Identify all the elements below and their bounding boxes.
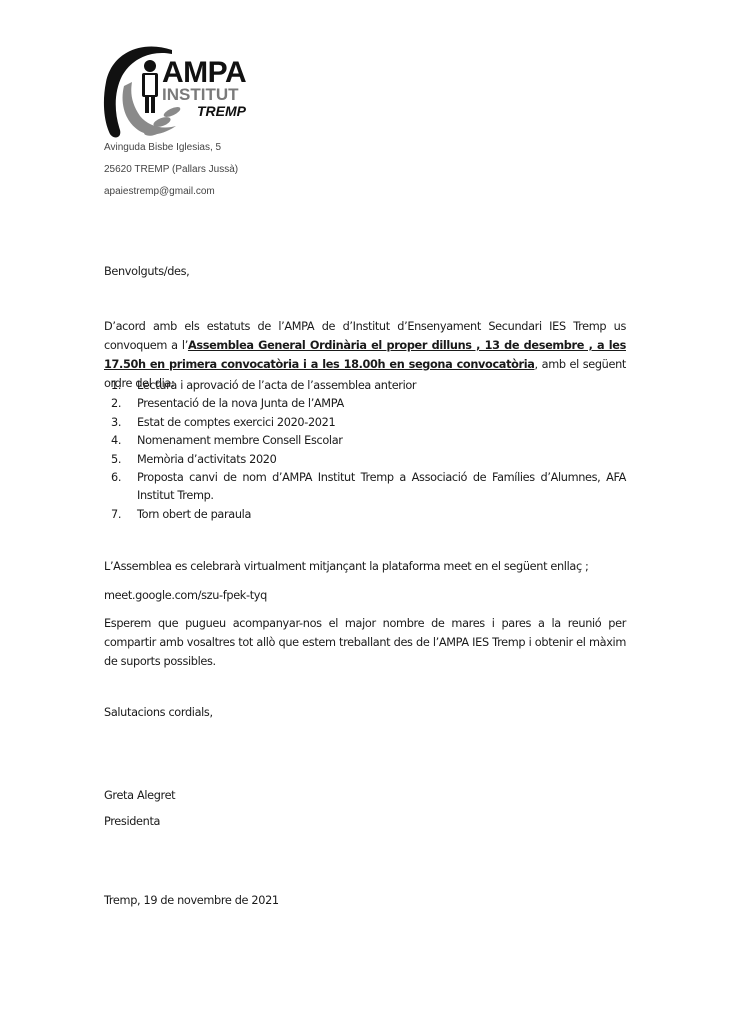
signer-name: Greta Alegret (104, 786, 626, 805)
logo-text-ampa: AMPA (162, 58, 246, 88)
address-city: 25620 TREMP (Pallars Jussà) (104, 164, 238, 175)
place-date: Tremp, 19 de novembre de 2021 (104, 891, 626, 910)
ampa-logo: AMPA INSTITUT TREMP (102, 42, 272, 142)
agenda-item: 5.Memòria d’activitats 2020 (104, 451, 626, 469)
meeting-note: L’Assemblea es celebrarà virtualment mit… (104, 557, 626, 576)
agenda-item: 1.Lectura i aprovació de l’acta de l’ass… (104, 377, 626, 395)
greeting: Benvolguts/des, (104, 262, 626, 281)
agenda-item: 2.Presentació de la nova Junta de l’AMPA (104, 395, 626, 413)
meeting-link[interactable]: meet.google.com/szu-fpek-tyq (104, 586, 626, 605)
agenda-item: 7.Torn obert de paraula (104, 506, 626, 524)
signer-role: Presidenta (104, 812, 626, 831)
agenda-item: 4.Nomenament membre Consell Escolar (104, 432, 626, 450)
address-street: Avinguda Bisbe Iglesias, 5 (104, 142, 221, 153)
contact-email[interactable]: apaiestremp@gmail.com (104, 186, 215, 197)
agenda-list: 1.Lectura i aprovació de l’acta de l’ass… (104, 377, 626, 524)
closing-paragraph: Esperem que pugueu acompanyar-nos el maj… (104, 614, 626, 671)
logo-text-tremp: TREMP (197, 104, 246, 118)
salutation: Salutacions cordials, (104, 703, 626, 722)
agenda-item: 3.Estat de comptes exercici 2020-2021 (104, 414, 626, 432)
logo-text-institut: INSTITUT (162, 86, 239, 103)
agenda-item: 6.Proposta canvi de nom d’AMPA Institut … (104, 469, 626, 506)
